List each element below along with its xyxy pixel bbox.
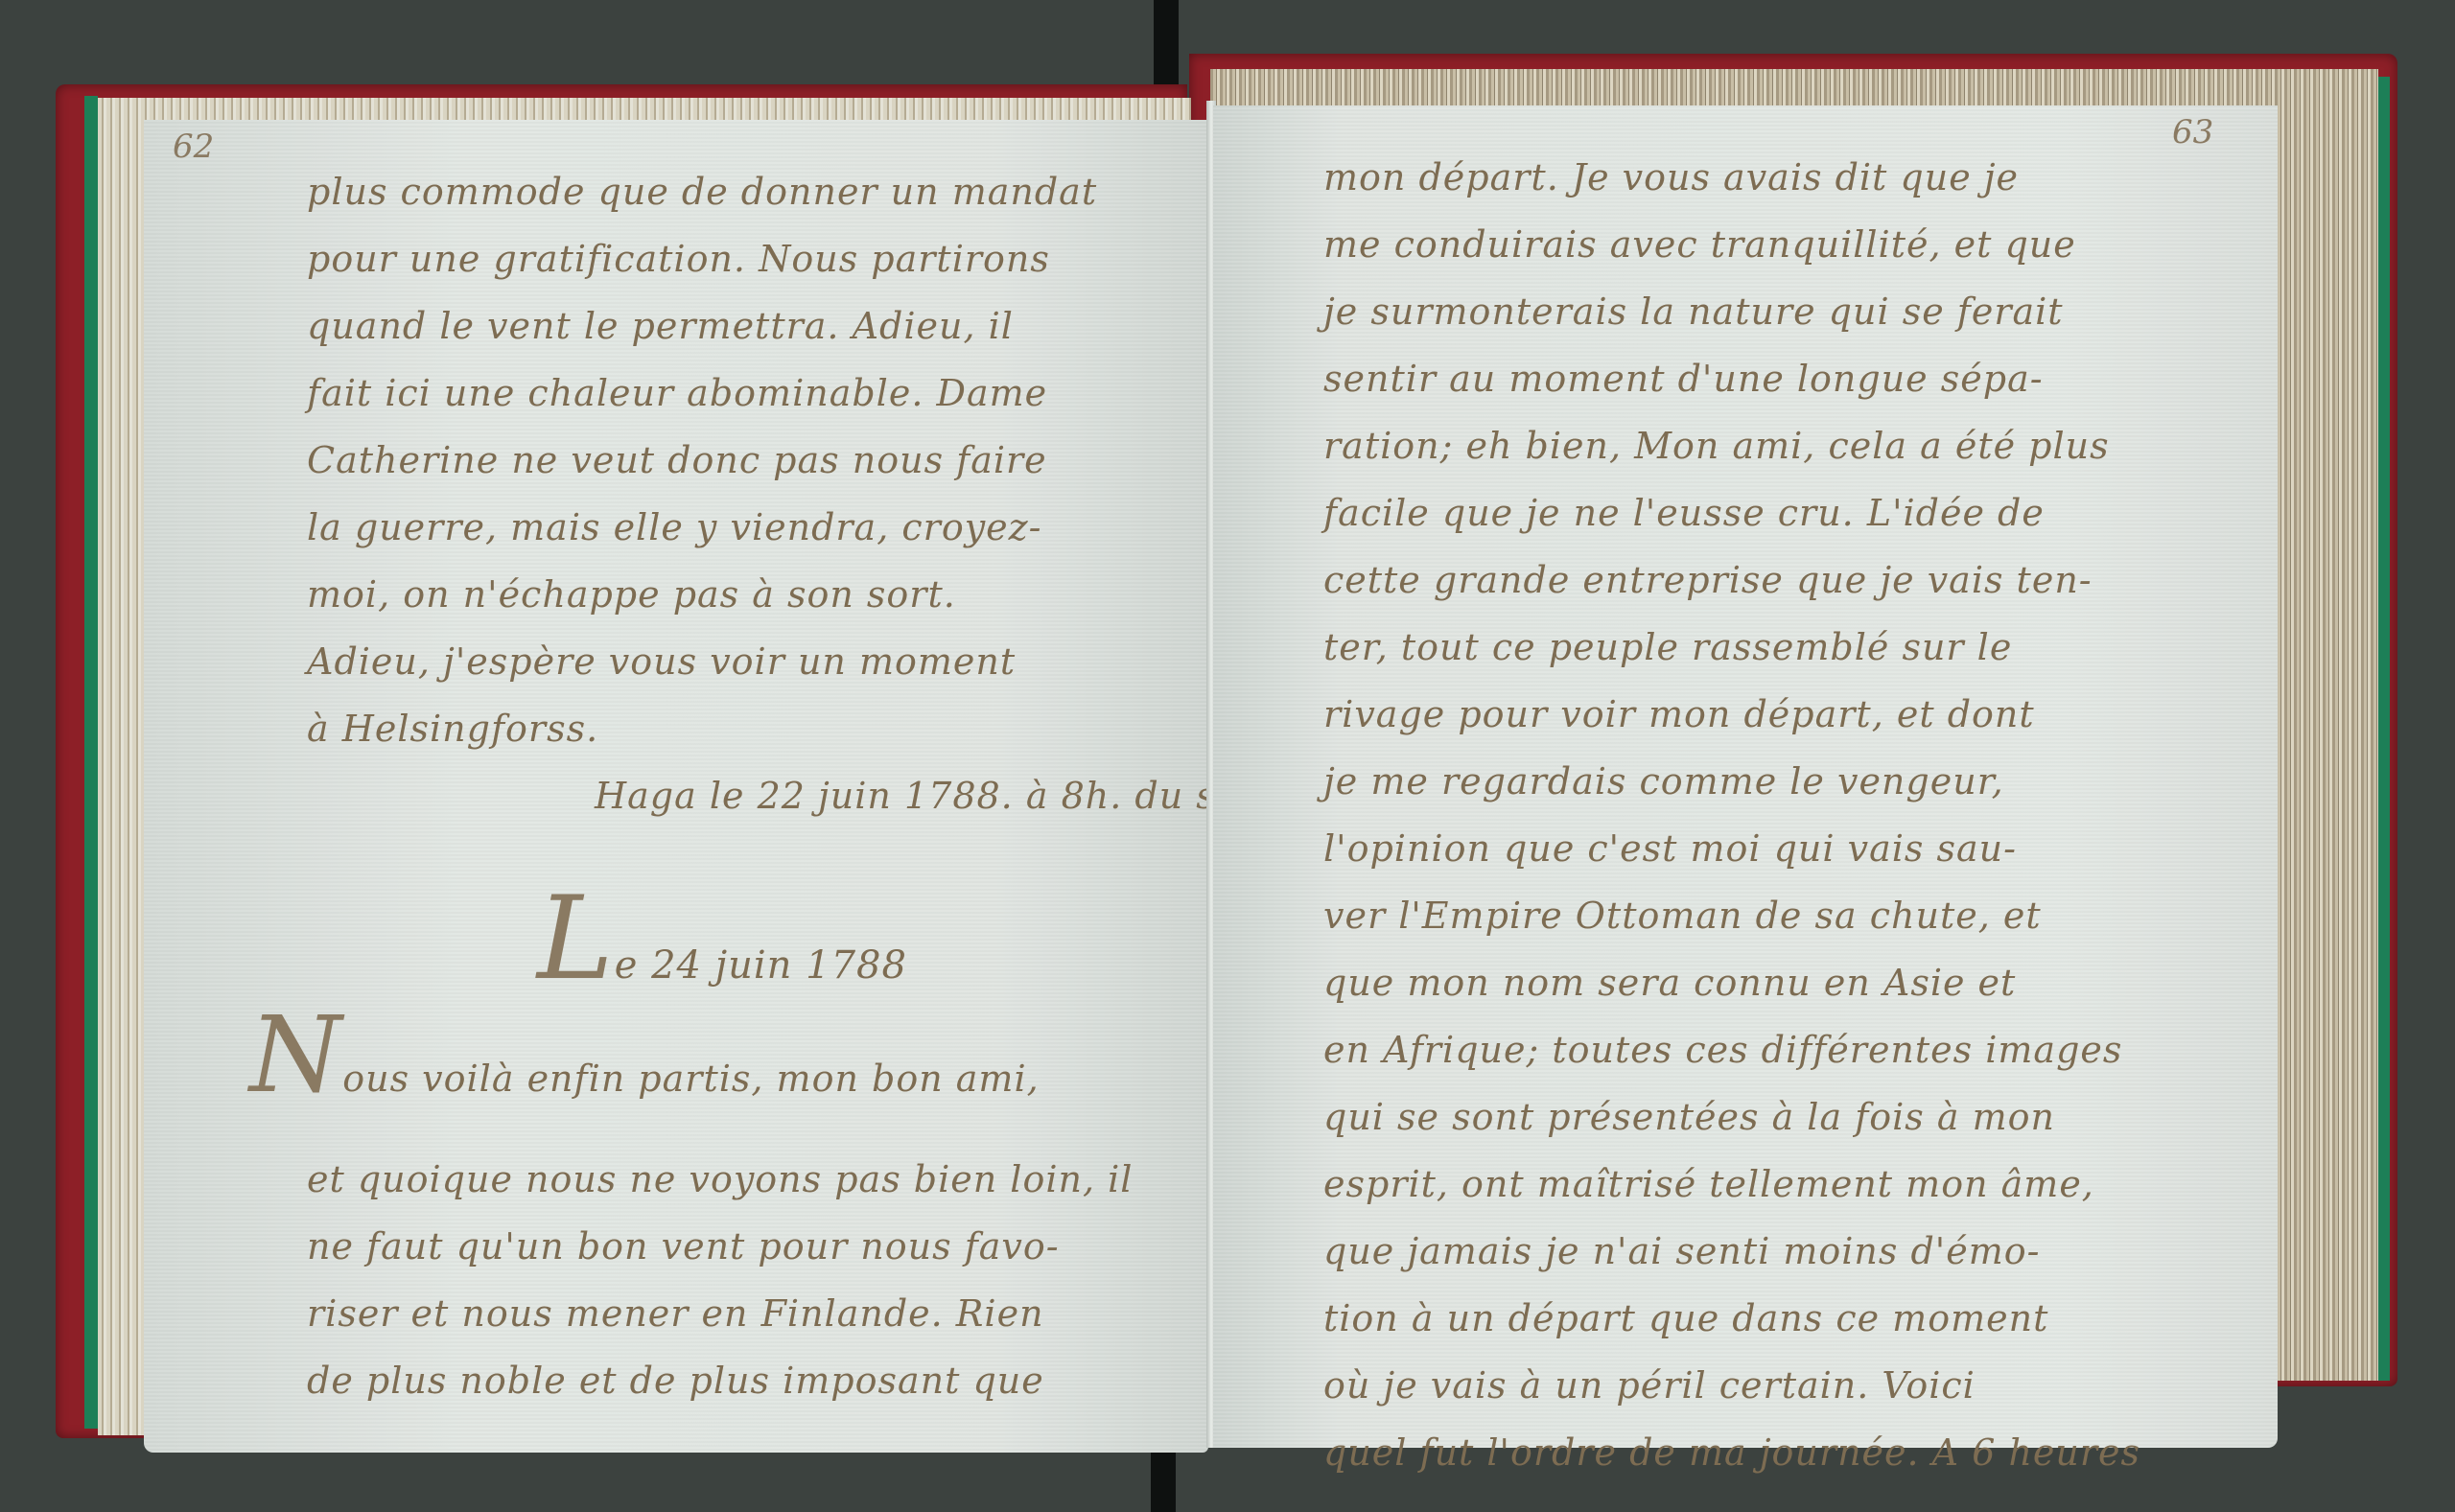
text-line: cette grande entreprise que je vais ten- [1323,547,2167,614]
text-line: tion à un départ que dans ce moment [1323,1285,2167,1352]
text-line: l'opinion que c'est moi qui vais sau- [1323,815,2167,882]
left-page: 62 plus commode que de donner un mandat … [144,120,1208,1453]
text-line: en Afrique; toutes ces différentes image… [1323,1016,2167,1083]
text-line: plus commode que de donner un mandat [307,158,1151,225]
text-line: ne faut qu'un bon vent pour nous favo- [307,1213,1151,1280]
text-line: ration; eh bien, Mon ami, cela a été plu… [1323,412,2167,479]
text-line: ous voilà enfin partis, mon bon ami, [342,1058,1039,1100]
text-line: mon départ. Je vous avais dit que je [1323,144,2167,211]
text-line: quand le vent le permettra. Adieu, il [307,292,1151,360]
text-line: fait ici une chaleur abominable. Dame [307,360,1151,427]
text-line: moi, on n'échappe pas à son sort. [307,561,1151,628]
text-line: pour une gratification. Nous partirons [307,225,1151,292]
text-line: ter, tout ce peuple rassemblé sur le [1323,614,2167,681]
page-number: 63 [2172,113,2213,151]
background-clip-bottom [1151,1443,1176,1512]
text-line: je surmonterais la nature qui se ferait [1323,278,2167,345]
decorative-initial: L [537,872,615,1006]
text-line: rivage pour voir mon départ, et dont [1323,681,2167,748]
background-clip-top [1154,0,1179,91]
text-line: que jamais je n'ai senti moins d'émo- [1323,1218,2167,1285]
text-line: ver l'Empire Ottoman de sa chute, et [1323,882,2167,949]
text-line: me conduirais avec tranquillité, et que [1323,211,2167,278]
text-line: sentir au moment d'une longue sépa- [1323,345,2167,412]
text-line: qui se sont présentées à la fois à mon [1323,1083,2167,1151]
decorative-initial: N [249,993,342,1116]
text-line: riser et nous mener en Finlande. Rien [307,1280,1151,1347]
letter-signature-dateline: Haga le 22 juin 1788. à 8h. du soir. [307,762,1151,829]
text-line: où je vais à un péril certain. Voici [1323,1352,2167,1419]
text-line: quel fut l'ordre de ma journée. A 6 heur… [1323,1419,2167,1486]
text-line: la guerre, mais elle y viendra, croyez- [307,494,1151,561]
text-line: Adieu, j'espère vous voir un moment [307,628,1151,695]
text-line: je me regardais comme le vengeur, [1323,748,2167,815]
left-page-text: plus commode que de donner un mandat pou… [307,158,1151,1414]
text-line: de plus noble et de plus imposant que [307,1347,1151,1414]
text-line: à Helsingforss. [307,695,1151,762]
page-number: 62 [173,128,214,166]
text-line: esprit, ont maîtrisé tellement mon âme, [1323,1151,2167,1218]
text-line: et quoique nous ne voyons pas bien loin,… [307,1146,1151,1213]
text-line: que mon nom sera connu en Asie et [1323,949,2167,1016]
endpaper-edge-left [84,96,98,1429]
heading-text: e 24 juin 1788 [615,943,907,988]
right-page-text: mon départ. Je vous avais dit que je me … [1323,144,2167,1486]
text-line: Catherine ne veut donc pas nous faire [307,427,1151,494]
endpaper-edge-right [2378,77,2390,1381]
letter-date-heading: Le 24 juin 1788 [307,829,1151,1021]
text-line: facile que je ne l'eusse cru. L'idée de [1323,479,2167,547]
letter-opening-line: Nous voilà enfin partis, mon bon ami, [307,1021,1151,1088]
right-page: 63 mon départ. Je vous avais dit que je … [1213,105,2278,1448]
